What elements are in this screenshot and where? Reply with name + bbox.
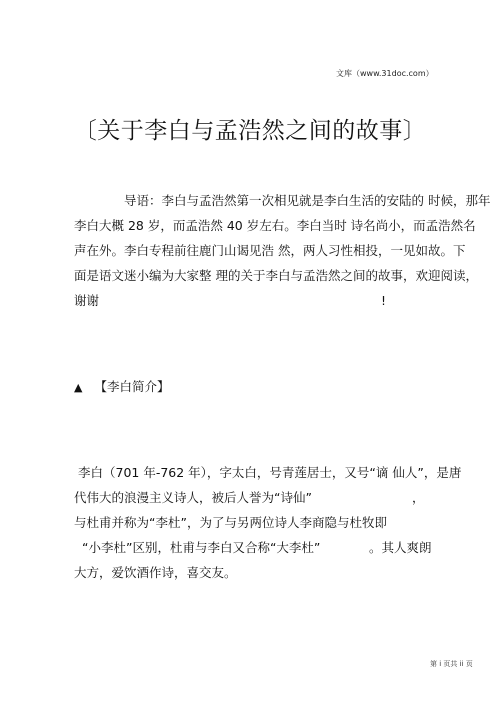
section-heading: ▲ 【李白简介】 <box>74 377 169 395</box>
bio-line: “小李杜”区别，杜甫与李白又合称“大李杜” 。其人爽朗 <box>74 535 434 560</box>
bio-line-tail: ， <box>412 485 425 510</box>
bio-line: 李白（701 年-762 年），字太白，号青莲居士，又号“谪 仙人”，是唐 <box>74 460 434 485</box>
intro-line: 谢谢 ! <box>74 288 434 313</box>
intro-line: 李白大概 28 岁，而孟浩然 40 岁左右。李白当时 诗名尚小，而孟浩然名 <box>74 213 434 238</box>
document-title: 〔关于李白与孟浩然之间的故事〕 <box>0 112 500 145</box>
intro-line-text: 谢谢 <box>74 293 99 308</box>
intro-line: 面是语文迷小编为大家整 理的关于李白与孟浩然之间的故事，欢迎阅读， <box>74 263 434 288</box>
bio-line-text: 代伟大的浪漫主义诗人，被后人誉为“诗仙” <box>74 490 312 505</box>
intro-line: 导语：李白与孟浩然第一次相见就是李白生活的安陆的 时候，那年 <box>74 188 434 213</box>
intro-line: 声在外。李白专程前往鹿门山谒见浩 然，两人习性相投，一见如故。下 <box>74 238 434 263</box>
triangle-icon: ▲ <box>74 381 82 394</box>
bio-line-text: “小李杜”区别，杜甫与李白又合称“大李杜” <box>82 540 320 555</box>
bio-line: 代伟大的浪漫主义诗人，被后人誉为“诗仙” ， <box>74 485 434 510</box>
site-label: 文库（www.31doc.com） <box>336 68 434 79</box>
bio-line-tail: 。其人爽朗 <box>369 535 432 560</box>
bio-line: 大方，爱饮酒作诗，喜交友。 <box>74 560 434 585</box>
bio-line: 与杜甫并称为“李杜”，为了与另两位诗人李商隐与杜牧即 <box>74 510 434 535</box>
intro-exclamation: ! <box>381 288 386 313</box>
page-number: 第 i 页共 ii 页 <box>430 659 473 669</box>
bio-paragraph: 李白（701 年-762 年），字太白，号青莲居士，又号“谪 仙人”，是唐 代伟… <box>74 460 434 585</box>
section-heading-text: 【李白简介】 <box>94 379 169 394</box>
intro-paragraph: 导语：李白与孟浩然第一次相见就是李白生活的安陆的 时候，那年 李白大概 28 岁… <box>74 188 434 313</box>
